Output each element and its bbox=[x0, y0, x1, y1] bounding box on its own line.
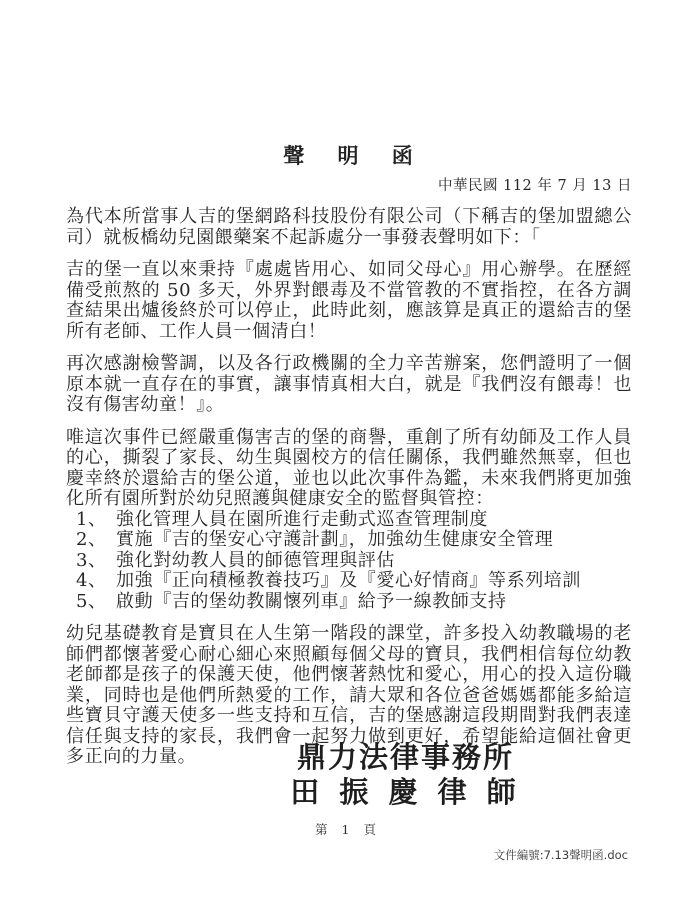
law-firm-name: 鼎力法律事務所 bbox=[115, 741, 696, 774]
document-body: 為代本所當事人吉的堡網路科技股份有限公司（下稱吉的堡加盟總公司）就板橋幼兒園餵藥… bbox=[66, 207, 632, 768]
page-number: 第 1 頁 bbox=[0, 820, 696, 838]
list-item: 2、 實施『吉的堡安心守護計劃』，加強幼生健康安全管理 bbox=[76, 530, 632, 551]
signature-block: 鼎力法律事務所 田 振 慶 律 師 bbox=[0, 741, 696, 809]
lawyer-name: 田 振 慶 律 師 bbox=[115, 776, 696, 809]
list-item: 3、 強化對幼教人員的師德管理與評估 bbox=[76, 551, 632, 572]
list-item: 1、 強化管理人員在園所進行走動式巡查管理制度 bbox=[76, 510, 632, 531]
file-number-label: 文件編號:7.13聲明函.doc bbox=[494, 847, 628, 863]
list-item-text: 實施『吉的堡安心守護計劃』，加強幼生健康安全管理 bbox=[116, 530, 632, 551]
list-item: 5、 啟動『吉的堡幼教關懷列車』給予一線教師支持 bbox=[76, 592, 632, 613]
page-title-text: 聲 明 函 bbox=[283, 143, 426, 168]
paragraph-thanks: 再次感謝檢警調，以及各行政機關的全力辛苦辦案，您們證明了一個原本就一直存在的事實… bbox=[66, 354, 632, 416]
list-item-text: 啟動『吉的堡幼教關懷列車』給予一線教師支持 bbox=[116, 592, 632, 613]
paragraph-background: 吉的堡一直以來秉持『處處皆用心、如同父母心』用心辦學。在歷經備受煎熬的 50 多… bbox=[66, 260, 632, 342]
list-item: 4、 加強『正向積極教養技巧』及『愛心好情商』等系列培訓 bbox=[76, 571, 632, 592]
list-item-number: 2、 bbox=[76, 530, 116, 551]
list-item-text: 強化管理人員在園所進行走動式巡查管理制度 bbox=[116, 510, 632, 531]
list-item-number: 3、 bbox=[76, 551, 116, 572]
list-item-text: 加強『正向積極教養技巧』及『愛心好情商』等系列培訓 bbox=[116, 571, 632, 592]
measure-list: 1、 強化管理人員在園所進行走動式巡查管理制度 2、 實施『吉的堡安心守護計劃』… bbox=[66, 510, 632, 613]
list-item-number: 4、 bbox=[76, 571, 116, 592]
page-title: 聲 明 函 bbox=[0, 0, 696, 169]
list-item-text: 強化對幼教人員的師德管理與評估 bbox=[116, 551, 632, 572]
document-page: 聲 明 函 中華民國 112 年 7 月 13 日 為代本所當事人吉的堡網路科技… bbox=[0, 0, 696, 901]
list-item-number: 1、 bbox=[76, 510, 116, 531]
date-line: 中華民國 112 年 7 月 13 日 bbox=[66, 177, 632, 195]
paragraph-damage: 唯這次事件已經嚴重傷害吉的堡的商譽，重創了所有幼師及工作人員的心，撕裂了家長、幼… bbox=[66, 428, 632, 510]
paragraph-intro: 為代本所當事人吉的堡網路科技股份有限公司（下稱吉的堡加盟總公司）就板橋幼兒園餵藥… bbox=[66, 207, 632, 248]
list-item-number: 5、 bbox=[76, 592, 116, 613]
